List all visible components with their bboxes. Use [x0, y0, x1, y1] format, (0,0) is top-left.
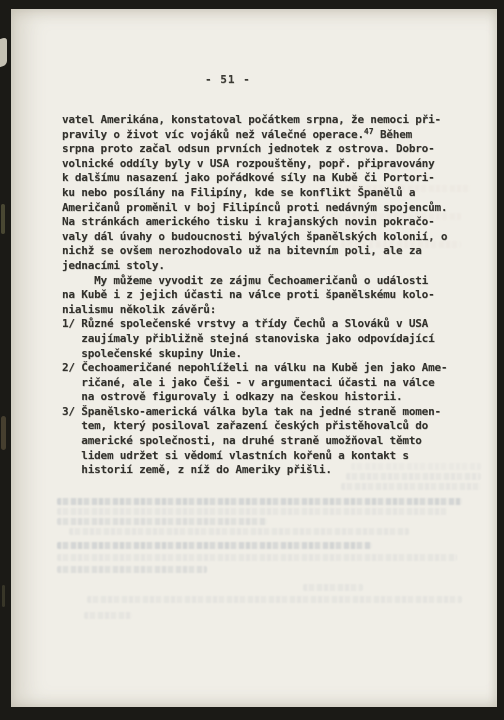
bleedthrough-line [341, 241, 461, 248]
scan-edge-tear-mark [0, 37, 7, 67]
bleedthrough-line [351, 463, 481, 470]
typed-line: lidem udržet si vědomí vlastních kořenů … [62, 449, 447, 464]
typed-line: zaujímaly přibližně stejná stanoviska ja… [62, 332, 447, 347]
bleedthrough-line [57, 566, 207, 573]
typed-line: srpna proto začal odsun prvních jednotek… [62, 142, 447, 157]
bleedthrough-line [57, 542, 372, 549]
typed-line: na ostrově figurovaly i odkazy na českou… [62, 390, 447, 405]
typed-text-block: vatel Amerikána, konstatoval počátkem sr… [62, 113, 447, 478]
scan-edge-mark [1, 204, 5, 234]
typed-line: My můžeme vyvodit ze zájmu Čechoameričan… [62, 274, 447, 289]
typed-line: 3/ Španělsko-americká válka byla tak na … [62, 405, 447, 420]
typed-line: společenské skupiny Unie. [62, 347, 447, 362]
bleedthrough-line [87, 596, 462, 603]
document-page: - 51 - vatel Amerikána, konstatoval počá… [11, 9, 497, 707]
bleedthrough-line [57, 518, 267, 525]
typed-line: ričané, ale i jako Češi - v argumentaci … [62, 376, 447, 391]
bleedthrough-line [346, 473, 481, 480]
typed-line: vatel Amerikána, konstatoval počátkem sr… [62, 113, 447, 128]
bleedthrough-line [84, 612, 132, 619]
bleedthrough-line [303, 584, 363, 591]
scan-background: - 51 - vatel Amerikána, konstatoval počá… [0, 0, 504, 720]
typed-line: jednacími stoly. [62, 259, 447, 274]
bleedthrough-line [57, 498, 462, 505]
typed-line: pravily o život víc vojáků než válečné o… [62, 128, 447, 143]
typed-line: americké společnosti, na druhé straně um… [62, 434, 447, 449]
bleedthrough-line [69, 528, 409, 535]
typed-line: tem, který posiloval zařazení českých př… [62, 419, 447, 434]
footnote-ref: 47 [364, 127, 374, 136]
page-number: - 51 - [205, 73, 251, 86]
typed-line: 1/ Různé společenské vrstvy a třídy Čech… [62, 317, 447, 332]
bleedthrough-line [341, 483, 481, 490]
bleedthrough-line [57, 508, 447, 515]
scan-edge-mark [1, 416, 6, 450]
bleedthrough-line [331, 185, 471, 192]
typed-line: k dalšímu nasazení jako pořádkové síly n… [62, 171, 447, 186]
bleedthrough-line [331, 213, 461, 220]
scan-edge-mark [2, 585, 5, 607]
typed-line: volnické oddíly byly v USA rozpouštěny, … [62, 157, 447, 172]
typed-line: 2/ Čechoameričané nepohlíželi na válku n… [62, 361, 447, 376]
bleedthrough-line [57, 554, 457, 561]
typed-line: na Kubě i z jejich účasti na válce proti… [62, 288, 447, 303]
typed-line: nialismu několik závěrů: [62, 303, 447, 318]
